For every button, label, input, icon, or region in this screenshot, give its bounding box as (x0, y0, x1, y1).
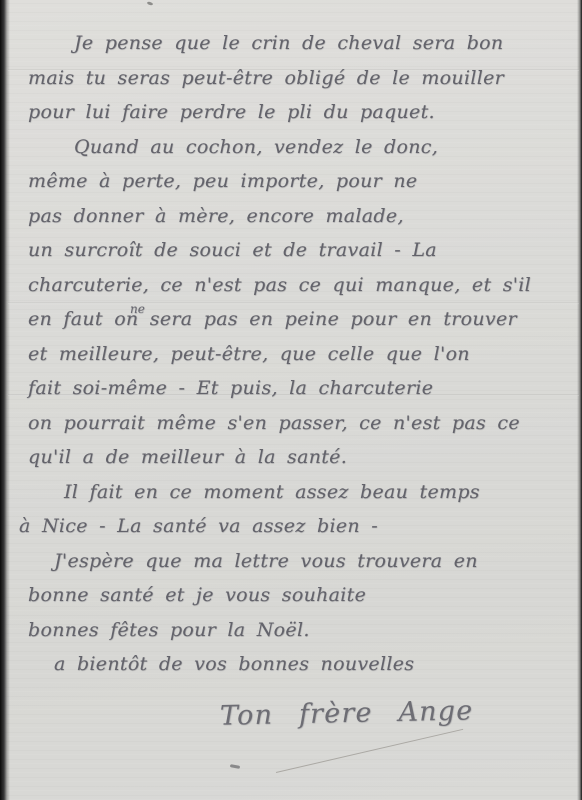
text-line-3: pour lui faire perdre le pli du paquet. (28, 95, 576, 130)
text-line-16: J'espère que ma lettre vous trouvera en (28, 544, 576, 579)
scan-edge-left (0, 0, 10, 800)
ink-speck (147, 1, 154, 6)
text-line-8: charcuterie, ce n'est pas ce qui manque,… (28, 268, 576, 303)
text-line-2: mais tu seras peut-être obligé de le mou… (28, 61, 576, 96)
scan-edge-right (577, 0, 582, 800)
letter-body: Je pense que le crin de cheval sera bon … (28, 26, 576, 736)
pencil-dash-mark (230, 764, 240, 769)
text-line-1: Je pense que le crin de cheval sera bon (28, 26, 576, 61)
text-line-7: un surcroît de souci et de travail - La (28, 233, 576, 268)
text-line-4: Quand au cochon, vendez le donc, (28, 130, 576, 165)
text-line-11: fait soi-même - Et puis, la charcuterie (28, 371, 576, 406)
text-line-12: on pourrait même s'en passer, ce n'est p… (28, 406, 576, 441)
text-line-10: et meilleure, peut-être, que celle que l… (28, 337, 576, 372)
text-line-9: en faut on sera pas en peine pour en tro… (28, 302, 576, 337)
letter-page: Je pense que le crin de cheval sera bon … (0, 0, 582, 800)
text-line-15: à Nice - La santé va assez bien - (19, 509, 576, 544)
text-line-13: qu'il a de meilleur à la santé. (28, 440, 576, 475)
text-line-6: pas donner à mère, encore malade, (28, 199, 576, 234)
text-line-5: même à perte, peu importe, pour ne (28, 164, 576, 199)
text-line-19: a bientôt de vos bonnes nouvelles (28, 647, 576, 682)
text-line-18: bonnes fêtes pour la Noël. (28, 613, 576, 648)
text-line-14: Il fait en ce moment assez beau temps (28, 475, 576, 510)
text-line-17: bonne santé et je vous souhaite (28, 578, 576, 613)
signature-line: Ton frère Ange (28, 688, 577, 741)
text-line-9-text: en faut on sera pas en peine pour en tro… (28, 308, 517, 330)
inserted-word: ne (130, 292, 145, 327)
